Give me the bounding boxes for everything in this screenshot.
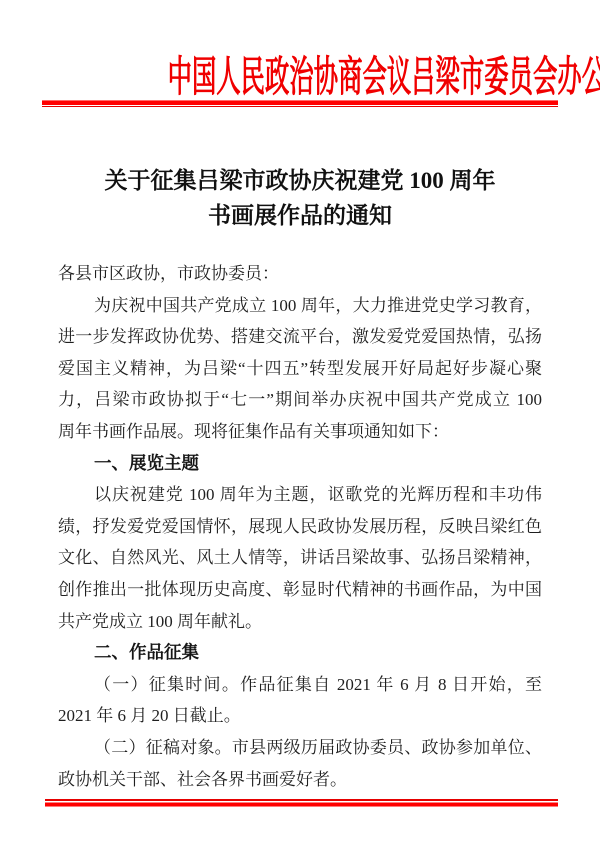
body-line: 力，吕梁市政协拟于“七一”期间举办庆祝中国共产党成立 100: [58, 384, 542, 416]
document-page: 中国人民政治协商会议吕梁市委员会办公室 关于征集吕梁市政协庆祝建党 100 周年…: [0, 0, 600, 863]
body-line: （一）征集时间。作品征集自 2021 年 6 月 8 日开始，至: [58, 669, 542, 701]
body-line: 爱国主义精神，为吕梁“十四五”转型发展开好局起好步凝心聚: [58, 353, 542, 385]
footer-red-rule: [45, 799, 558, 807]
body-line: 文化、自然风光、风土人情等，讲话吕梁故事、弘扬吕梁精神，: [58, 542, 542, 574]
body-line: 共产党成立 100 周年献礼。: [58, 606, 542, 638]
letterhead: 中国人民政治协商会议吕梁市委员会办公室: [0, 50, 600, 106]
body-line: 政协机关干部、社会各界书画爱好者。: [58, 764, 542, 796]
body-line: （二）征稿对象。市县两级历届政协委员、政协参加单位、: [58, 732, 542, 764]
document-title-line2: 书画展作品的通知: [0, 198, 600, 233]
body-line: 绩，抒发爱党爱国情怀，展现人民政协发展历程，反映吕梁红色: [58, 511, 542, 543]
body-line: 创作推出一批体现历史高度、彰显时代精神的书画作品，为中国: [58, 574, 542, 606]
letterhead-org-name: 中国人民政治协商会议吕梁市委员会办公室: [168, 50, 600, 106]
salutation-line: 各县市区政协，市政协委员：: [58, 258, 542, 290]
document-title-line1: 关于征集吕梁市政协庆祝建党 100 周年: [0, 163, 600, 198]
document-body: 各县市区政协，市政协委员： 为庆祝中国共产党成立 100 周年，大力推进党史学习…: [58, 258, 542, 795]
body-line: 2021 年 6 月 20 日截止。: [58, 700, 542, 732]
section-heading: 二、作品征集: [58, 637, 542, 669]
letterhead-red-rule: [42, 100, 558, 107]
section-heading: 一、展览主题: [58, 448, 542, 480]
body-line: 为庆祝中国共产党成立 100 周年，大力推进党史学习教育，: [58, 290, 542, 322]
body-line: 周年书画作品展。现将征集作品有关事项通知如下：: [58, 416, 542, 448]
document-title: 关于征集吕梁市政协庆祝建党 100 周年 书画展作品的通知: [0, 163, 600, 233]
body-line: 进一步发挥政协优势、搭建交流平台，激发爱党爱国热情，弘扬: [58, 321, 542, 353]
body-line: 以庆祝建党 100 周年为主题，讴歌党的光辉历程和丰功伟: [58, 479, 542, 511]
